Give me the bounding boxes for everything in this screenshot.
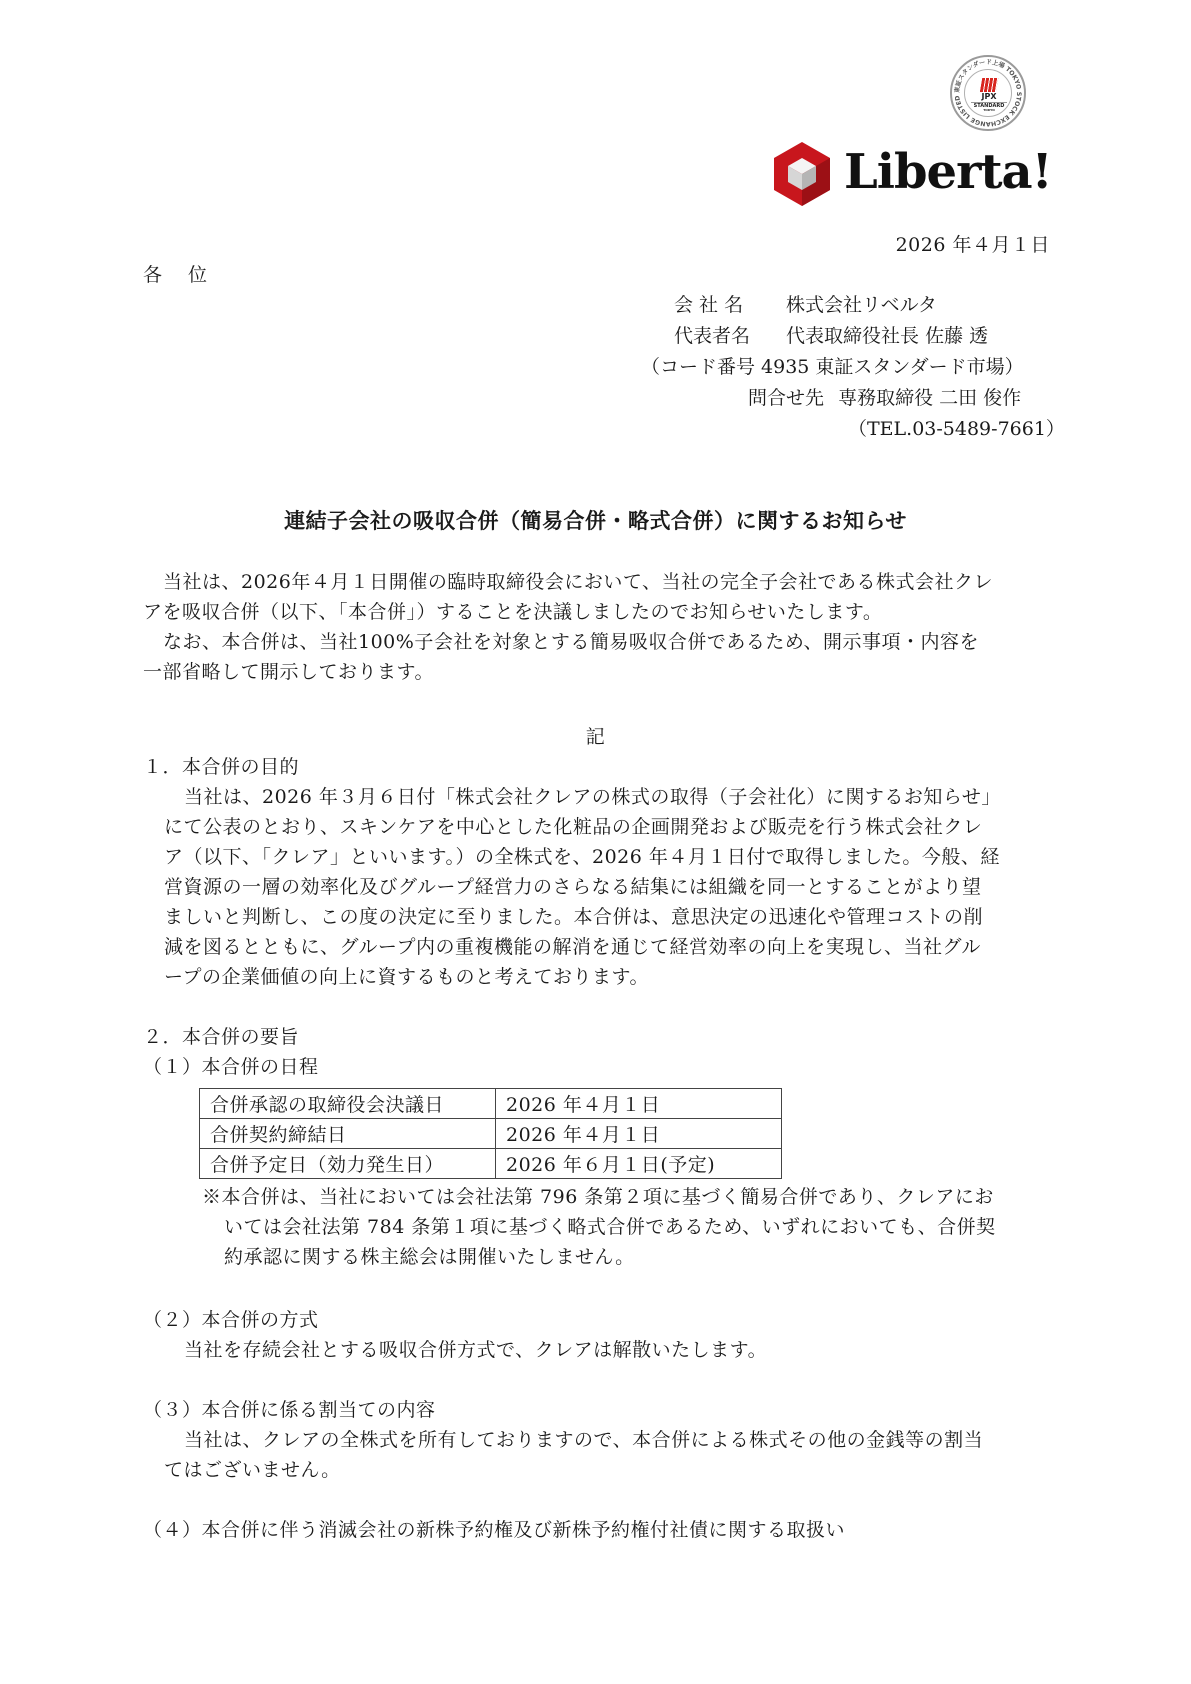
company-name-row: 会 社 名 株式会社リベルタ bbox=[674, 290, 937, 321]
note-line: 約承認に関する株主総会は開催いたしません。 bbox=[202, 1242, 996, 1272]
liberta-cube-logo-icon bbox=[774, 142, 830, 206]
section-1-line: 営資源の一層の効率化及びグループ経営力のさらなる結集には組織を同一とすることがよ… bbox=[164, 872, 1001, 902]
subsection-1-heading: （１）本合併の日程 bbox=[143, 1052, 319, 1082]
section-1-line: ープの企業価値の向上に資するものと考えております。 bbox=[164, 962, 1001, 992]
subsection-2-heading: （２）本合併の方式 bbox=[143, 1305, 319, 1335]
badge-sub: TOKYO bbox=[965, 108, 1013, 112]
subsection-3-line: 当社は、クレアの全株式を所有しておりますので、本合併による株式その他の金銭等の割… bbox=[164, 1425, 983, 1455]
contact-label: 問合せ先 bbox=[748, 387, 824, 409]
release-date: 2026 年４月１日 bbox=[896, 230, 1050, 260]
table-row: 合併契約締結日 2026 年４月１日 bbox=[200, 1119, 782, 1149]
subsection-3-line: てはございません。 bbox=[164, 1455, 983, 1485]
representative-value: 代表取締役社長 佐藤 透 bbox=[786, 325, 988, 347]
note-line: ※本合併は、当社においては会社法第 796 条第２項に基づく簡易合併であり、クレ… bbox=[202, 1182, 996, 1212]
document-title: 連結子会社の吸収合併（簡易合併・略式合併）に関するお知らせ bbox=[0, 505, 1191, 537]
badge-inner: JPX STANDARD TOKYO bbox=[964, 69, 1012, 117]
ki-marker: 記 bbox=[0, 722, 1191, 752]
company-name-label: 会 社 名 bbox=[674, 290, 780, 321]
contact-value: 専務取締役 二田 俊作 bbox=[838, 387, 1021, 409]
section-1-heading: １．本合併の目的 bbox=[143, 752, 299, 782]
intro-line: なお、本合併は、当社100%子会社を対象とする簡易吸収合併であるため、開示事項・… bbox=[143, 627, 1053, 657]
table-row: 合併承認の取締役会決議日 2026 年４月１日 bbox=[200, 1089, 782, 1119]
section-1-line: にて公表のとおり、スキンケアを中心とした化粧品の企画開発および販売を行う株式会社… bbox=[164, 812, 1001, 842]
schedule-label: 合併承認の取締役会決議日 bbox=[200, 1089, 496, 1119]
note-line: いては会社法第 784 条第１項に基づく略式合併であるため、いずれにおいても、合… bbox=[202, 1212, 996, 1242]
intro-line: 当社は、2026年４月１日開催の臨時取締役会において、当社の完全子会社である株式… bbox=[143, 567, 1053, 597]
intro-paragraph: 当社は、2026年４月１日開催の臨時取締役会において、当社の完全子会社である株式… bbox=[143, 567, 1053, 687]
badge-brand: JPX bbox=[965, 92, 1013, 101]
subsection-3-body: 当社は、クレアの全株式を所有しておりますので、本合併による株式その他の金銭等の割… bbox=[164, 1425, 983, 1485]
schedule-label: 合併予定日（効力発生日） bbox=[200, 1149, 496, 1179]
section-1-body: 当社は、2026 年３月６日付「株式会社クレアの株式の取得（子会社化）に関するお… bbox=[164, 782, 1001, 992]
schedule-value: 2026 年４月１日 bbox=[496, 1119, 782, 1149]
representative-label: 代表者名 bbox=[674, 321, 780, 352]
section-2-heading: ２．本合併の要旨 bbox=[143, 1022, 299, 1052]
representative-row: 代表者名 代表取締役社長 佐藤 透 bbox=[674, 321, 988, 352]
merger-schedule-table: 合併承認の取締役会決議日 2026 年４月１日 合併契約締結日 2026 年４月… bbox=[199, 1088, 782, 1179]
section-1-line: 当社は、2026 年３月６日付「株式会社クレアの株式の取得（子会社化）に関するお… bbox=[164, 782, 1001, 812]
company-name-value: 株式会社リベルタ bbox=[786, 294, 937, 316]
subsection-3-heading: （３）本合併に係る割当ての内容 bbox=[143, 1395, 436, 1425]
schedule-label: 合併契約締結日 bbox=[200, 1119, 496, 1149]
table-row: 合併予定日（効力発生日） 2026 年６月１日(予定) bbox=[200, 1149, 782, 1179]
subsection-2-body: 当社を存続会社とする吸収合併方式で、クレアは解散いたします。 bbox=[184, 1335, 767, 1365]
intro-line: 一部省略して開示しております。 bbox=[143, 657, 1053, 687]
section-1-line: ましいと判断し、この度の決定に至りました。本合併は、意思決定の迅速化や管理コスト… bbox=[164, 902, 1001, 932]
section-1-line: 減を図るとともに、グループ内の重複機能の解消を通じて経営効率の向上を実現し、当社… bbox=[164, 932, 1001, 962]
intro-line: アを吸収合併（以下、「本合併」）することを決議しましたのでお知らせいたします。 bbox=[143, 597, 1053, 627]
schedule-value: 2026 年４月１日 bbox=[496, 1089, 782, 1119]
schedule-note: ※本合併は、当社においては会社法第 796 条第２項に基づく簡易合併であり、クレ… bbox=[202, 1182, 996, 1272]
contact-row: 問合せ先 専務取締役 二田 俊作 bbox=[748, 383, 1021, 414]
schedule-value: 2026 年６月１日(予定) bbox=[496, 1149, 782, 1179]
liberta-wordmark: Liberta! bbox=[844, 140, 1052, 204]
stock-code-line: （コード番号 4935 東証スタンダード市場） bbox=[641, 352, 1024, 383]
contact-tel: （TEL.03-5489-7661） bbox=[848, 414, 1065, 445]
subsection-4-heading: （４）本合併に伴う消滅会社の新株予約権及び新株予約権付社債に関する取扱い bbox=[143, 1515, 845, 1545]
salutation: 各 位 bbox=[143, 260, 217, 290]
section-1-line: ア（以下、「クレア」といいます。）の全株式を、2026 年４月１日付で取得しまし… bbox=[164, 842, 1001, 872]
jpx-bars-icon bbox=[980, 78, 998, 92]
jpx-standard-listed-badge: 東証スタンダード上場 TOKYO STOCK EXCHANGE LISTED J… bbox=[950, 55, 1026, 131]
